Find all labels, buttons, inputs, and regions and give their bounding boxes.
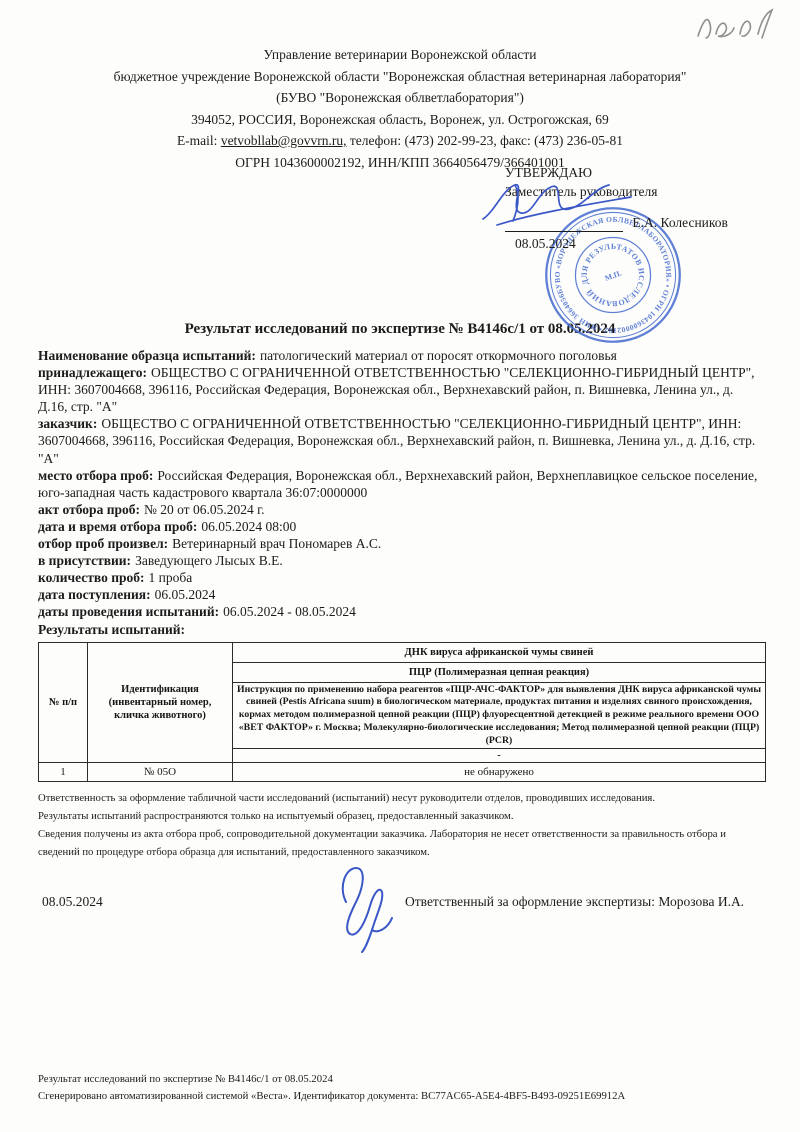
signoff-date: 08.05.2024 xyxy=(42,894,103,910)
field-row: дата и время отбора проб:06.05.2024 08:0… xyxy=(38,518,766,535)
results-table: № п/п Идентификация (инвентарный номер, … xyxy=(38,642,766,783)
field-value: Ветеринарный врач Пономарев А.С. xyxy=(172,536,381,551)
col-header-identification: Идентификация (инвентарный номер, кличка… xyxy=(88,642,233,763)
field-row: место отбора проб:Российская Федерация, … xyxy=(38,467,766,501)
field-label: дата поступления: xyxy=(38,587,151,602)
field-row: в присутствии:Заведующего Лысых В.Е. xyxy=(38,552,766,569)
approve-title: УТВЕРЖДАЮ xyxy=(505,163,773,182)
field-value: 06.05.2024 - 08.05.2024 xyxy=(223,604,356,619)
field-value: 06.05.2024 xyxy=(155,587,216,602)
test-group-header: ДНК вируса африканской чумы свиней xyxy=(233,642,766,662)
field-label: место отбора проб: xyxy=(38,468,153,483)
field-label: заказчик: xyxy=(38,416,97,431)
letterhead-line: 394052, РОССИЯ, Воронежская область, Вор… xyxy=(0,109,800,131)
result-cell: не обнаружено xyxy=(233,763,766,782)
handwritten-mark xyxy=(688,4,792,48)
field-value: 06.05.2024 08:00 xyxy=(201,519,296,534)
note-line: Ответственность за оформление табличной … xyxy=(38,789,770,807)
field-value: 1 проба xyxy=(149,570,193,585)
letterhead-line: (БУВО "Воронежская облветлаборатория") xyxy=(0,87,800,109)
method-name: ПЦР (Полимеразная цепная реакция) xyxy=(233,662,766,682)
document-footer: Результат исследований по экспертизе № В… xyxy=(38,1071,625,1104)
note-line: Результаты испытаний распространяются то… xyxy=(38,807,770,825)
field-row: Результаты испытаний: xyxy=(38,621,766,638)
sample-id-cell: № 05О xyxy=(88,763,233,782)
table-row: № п/п Идентификация (инвентарный номер, … xyxy=(39,642,766,662)
field-label: акт отбора проб: xyxy=(38,502,140,517)
field-row: дата поступления:06.05.2024 xyxy=(38,586,766,603)
field-label: дата и время отбора проб: xyxy=(38,519,197,534)
letterhead: Управление ветеринарии Воронежской облас… xyxy=(0,0,800,173)
field-label: Результаты испытаний: xyxy=(38,622,185,637)
field-value: Заведующего Лысых В.Е. xyxy=(135,553,283,568)
method-description: Инструкция по применению набора реагенто… xyxy=(233,682,766,749)
field-row: Наименование образца испытаний:патологич… xyxy=(38,347,766,364)
note-line: Сведения получены из акта отбора проб, с… xyxy=(38,825,770,861)
field-label: количество проб: xyxy=(38,570,145,585)
field-row: принадлежащего:ОБЩЕСТВО С ОГРАНИЧЕННОЙ О… xyxy=(38,364,766,415)
signature-row: Е.А. Колесников xyxy=(505,213,773,232)
approver-position: Заместитель руководителя xyxy=(505,182,773,201)
sample-fields: Наименование образца испытаний:патологич… xyxy=(38,347,766,638)
field-value: № 20 от 06.05.2024 г. xyxy=(144,502,265,517)
letterhead-line: Управление ветеринарии Воронежской облас… xyxy=(0,44,800,66)
field-label: Наименование образца испытаний: xyxy=(38,348,256,363)
email-label: E-mail: xyxy=(177,133,218,148)
approver-name: Е.А. Колесников xyxy=(632,215,728,230)
disclaimer-notes: Ответственность за оформление табличной … xyxy=(38,789,770,861)
field-label: в присутствии: xyxy=(38,553,131,568)
responsible-label: Ответственный за оформление экспертизы: … xyxy=(405,894,744,910)
units-cell: - xyxy=(233,749,766,763)
col-header-num: № п/п xyxy=(39,642,88,763)
field-row: акт отбора проб:№ 20 от 06.05.2024 г. xyxy=(38,501,766,518)
field-label: принадлежащего: xyxy=(38,365,147,380)
expert-signature xyxy=(330,858,406,954)
footer-line: Сгенерировано автоматизированной системо… xyxy=(38,1088,625,1105)
approve-date: 08.05.2024 xyxy=(505,234,773,253)
email-link: vetvobllab@govvrn.ru, xyxy=(221,133,347,148)
field-row: количество проб:1 проба xyxy=(38,569,766,586)
field-row: заказчик:ОБЩЕСТВО С ОГРАНИЧЕННОЙ ОТВЕТСТ… xyxy=(38,415,766,466)
field-label: даты проведения испытаний: xyxy=(38,604,219,619)
field-label: отбор проб произвел: xyxy=(38,536,168,551)
phone-fax: телефон: (473) 202-99-23, факс: (473) 23… xyxy=(350,133,623,148)
letterhead-line: бюджетное учреждение Воронежской области… xyxy=(0,66,800,88)
stamp-center-text: М.П. xyxy=(604,268,623,282)
signoff-block: 08.05.2024 Ответственный за оформление э… xyxy=(42,876,766,956)
letterhead-contact-line: E-mail: vetvobllab@govvrn.ru, телефон: (… xyxy=(0,130,800,152)
table-row: 1 № 05О не обнаружено xyxy=(39,763,766,782)
footer-line: Результат исследований по экспертизе № В… xyxy=(38,1071,625,1088)
approval-block: УТВЕРЖДАЮ Заместитель руководителя Е.А. … xyxy=(505,163,773,253)
field-row: даты проведения испытаний:06.05.2024 - 0… xyxy=(38,603,766,620)
field-value: патологический материал от поросят откор… xyxy=(260,348,617,363)
signature-line xyxy=(505,217,623,232)
scanned-document-page: Управление ветеринарии Воронежской облас… xyxy=(0,0,800,1132)
row-number-cell: 1 xyxy=(39,763,88,782)
field-row: отбор проб произвел:Ветеринарный врач По… xyxy=(38,535,766,552)
field-value: ОБЩЕСТВО С ОГРАНИЧЕННОЙ ОТВЕТСТВЕННОСТЬЮ… xyxy=(38,416,755,465)
